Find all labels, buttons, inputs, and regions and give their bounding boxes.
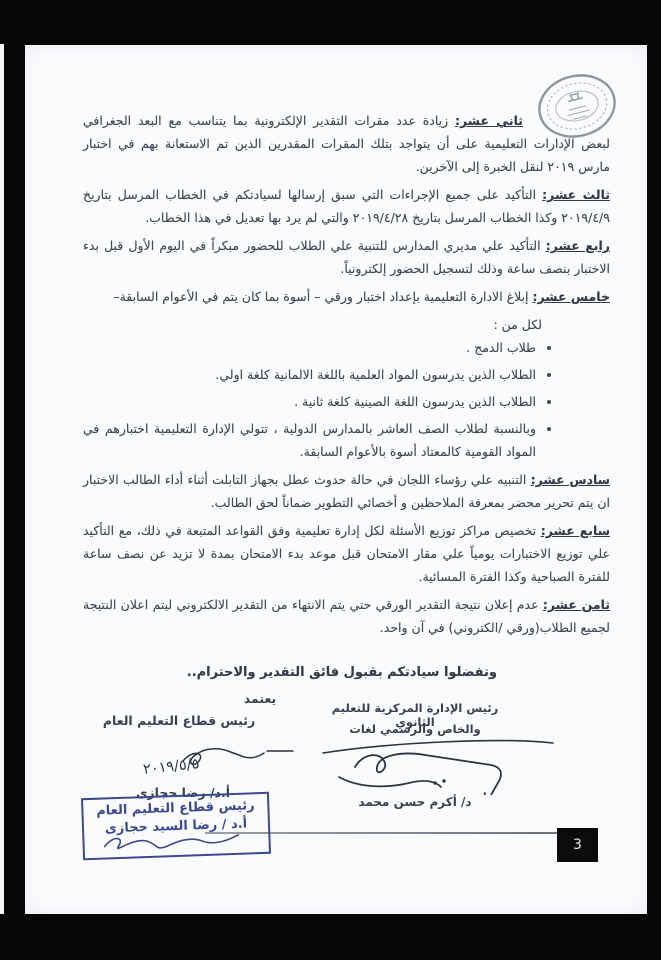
clause-thirteenth: ثالث عشر: التأكيد على جميع الإجراءات الت… <box>83 183 610 229</box>
page-number: 3 <box>573 837 582 853</box>
scan-edge-sliver <box>0 44 4 914</box>
clause-twelfth-text: زيادة عدد مقرات التقدير الإلكترونية بما … <box>83 113 610 174</box>
clause-fifteenth-text: إبلاغ الادارة التعليمية بإعداد اختبار ور… <box>113 289 528 304</box>
bullet-item: وبالنسبة لطلاب الصف العاشر بالمدارس الدو… <box>83 417 536 463</box>
closing-salutation: وتفضلوا سيادتكم بقبول فائق التقدير والاح… <box>187 665 497 680</box>
clause-fifteenth: خامس عشر: إبلاغ الادارة التعليمية بإعداد… <box>83 285 610 308</box>
page-number-badge: 3 <box>557 828 598 862</box>
clause-fifteenth-heading: خامس عشر: <box>533 289 611 304</box>
bullet-item: الطلاب الذين يدرسون اللغة الصينية كلغة ث… <box>83 390 536 413</box>
signer-right-name: د/ أكرم حسن محمد <box>338 795 492 809</box>
clause-twelfth-heading: ثاني عشر: <box>455 113 523 128</box>
clause-sixteenth: سادس عشر: التنبيه علي رؤساء اللجان في حا… <box>83 468 610 514</box>
clause-fourteenth-text: التأكيد علي مديري المدارس للتنبية علي ال… <box>83 238 610 276</box>
scanned-document: ثاني عشر: زيادة عدد مقرات التقدير الإلكت… <box>0 0 661 960</box>
clause-eighteenth-text: عدم إعلان نتيجة التقدير الورقي حتي يتم ا… <box>83 597 610 635</box>
clause-sixteenth-heading: سادس عشر: <box>531 472 610 487</box>
clause-fourteenth-heading: رابع عشر: <box>546 238 610 253</box>
clause-fourteenth: رابع عشر: التأكيد علي مديري المدارس للتن… <box>83 234 610 280</box>
bullet-list: طلاب الدمج . الطلاب الذين يدرسون المواد … <box>83 336 610 463</box>
clause-eighteenth: ثامن عشر: عدم إعلان نتيجة التقدير الورقي… <box>83 593 610 639</box>
document-body: ثاني عشر: زيادة عدد مقرات التقدير الإلكت… <box>83 109 610 644</box>
clause-twelfth: ثاني عشر: زيادة عدد مقرات التقدير الإلكت… <box>83 109 610 178</box>
bullet-item: طلاب الدمج . <box>83 336 536 359</box>
signer-left-title: رئيس قطاع التعليم العام <box>90 713 268 728</box>
clause-thirteenth-text: التأكيد على جميع الإجراءات التي سبق إرسا… <box>83 187 610 225</box>
clause-seventeenth: سابع عشر: تخصيص مراكز توزيع الأسئلة لكل … <box>83 519 610 588</box>
bullet-item: الطلاب الذين يدرسون المواد العلمية باللغ… <box>83 363 536 386</box>
handwritten-signature-right <box>317 733 561 795</box>
clause-fifteenth-leadin: لكل من : <box>83 313 610 336</box>
clause-seventeenth-text: تخصيص مراكز توزيع الأسئلة لكل إدارة تعلي… <box>83 523 610 584</box>
handwritten-signature-overlay <box>94 821 255 857</box>
clause-seventeenth-heading: سابع عشر: <box>541 523 610 538</box>
clause-thirteenth-heading: ثالث عشر: <box>542 187 610 202</box>
official-stamp-box: رئيس قطاع التعليم العام أ.د / رضا السيد … <box>81 792 271 861</box>
handwritten-date: ٢٠١٩/٥/٥ <box>142 756 200 778</box>
document-page: ثاني عشر: زيادة عدد مقرات التقدير الإلكت… <box>25 45 647 914</box>
clause-eighteenth-heading: ثامن عشر: <box>543 597 610 612</box>
approval-word: يعتمد <box>215 691 305 706</box>
